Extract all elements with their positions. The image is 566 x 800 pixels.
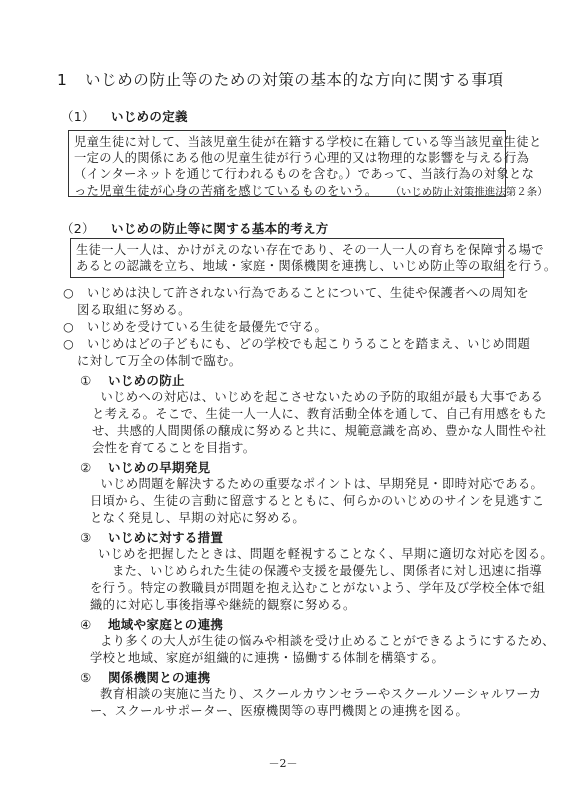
- section-heading: 1いじめの防止等のための対策の基本的な方向に関する事項: [57, 68, 504, 90]
- item-3-line: いじめを把握したときは、問題を軽視することなく、早期に適切な対応を図る。: [98, 546, 553, 562]
- subsection-2-heading: （2）いじめの防止等に関する基本的考え方: [61, 219, 329, 237]
- principle-line: 生徒一人一人は、かけがえのない存在であり、その一人一人の育ちを保障する場で: [76, 242, 498, 258]
- item-4-marker: ④: [80, 617, 108, 632]
- bullet-text: いじめは決して許されない行為であることについて、生徒や保護者への周知を: [87, 286, 529, 300]
- item-4-line: より多くの大人が生徒の悩みや相談を受け止めることができるようにするため、: [100, 633, 555, 649]
- subsection-2-number: （2）: [61, 219, 111, 237]
- item-2-title: いじめの早期発見: [108, 460, 210, 475]
- bullet-marker: ○: [63, 337, 74, 351]
- item-1-line: いじめへの対応は、いじめを起こさせないための予防的取組が最も大事である: [92, 389, 543, 405]
- item-3-line: を行う。特定の教職員が問題を抱え込むことがないよう、学年及び学校全体で組: [90, 580, 545, 596]
- principle-line: あるとの認識を立ち、地域・家庭・関係機関を連携し、いじめ防止等の取組を行う。: [76, 258, 498, 274]
- item-5-line: 教育相談の実施に当たり、スクールカウンセラーやスクールソーシャルワーカ: [100, 686, 541, 702]
- item-5-heading: ⑤関係機関との連携: [80, 668, 210, 686]
- subsection-1-number: （1）: [61, 107, 111, 125]
- bullet-text: いじめはどの子どもにも、どの学校でも起こりうることを踏まえ、いじめ問題: [87, 337, 530, 351]
- item-2-line: 日頃から、生徒の言動に留意するとともに、何らかのいじめのサインを見逃すこ: [90, 493, 544, 509]
- item-1-line: と考える。そこで、生徒一人一人に、教育活動全体を通して、自己有用感をもた: [92, 406, 547, 422]
- item-1-line: せ、共感的人間関係の醸成に努めると共に、規範意識を高め、豊かな人間性や社: [92, 423, 546, 439]
- item-3-heading: ③いじめに対する措置: [80, 528, 223, 546]
- legal-citation: （いじめ防止対策推進法第２条）: [390, 186, 548, 198]
- section-title: いじめの防止等のための対策の基本的な方向に関する事項: [85, 71, 504, 89]
- item-3-line: また、いじめられた生徒の保護や支援を最優先し、関係者に対し迅速に指導: [112, 563, 542, 579]
- bullet-text: いじめを受けている生徒を最優先で守る。: [87, 320, 327, 334]
- item-1-title: いじめの防止: [108, 373, 185, 388]
- item-5-marker: ⑤: [80, 670, 108, 685]
- definition-line: った児童生徒が心身の苦痛を感じているものをいう。 （いじめ防止対策推進法第２条）: [74, 183, 500, 200]
- item-1-text: いじめへの対応は、いじめを起こさせないための予防的取組が最も大事である: [101, 390, 544, 404]
- bullet-continuation: 図る取組に努める。: [77, 302, 191, 318]
- section-number: 1: [57, 71, 85, 89]
- item-2-line: いじめ問題を解決するための重要なポイントは、早期発見・即時対応である。: [92, 476, 543, 492]
- item-2-line: となく発見し、早期の対応に努める。: [90, 510, 305, 526]
- bullet-item: ○ いじめを受けている生徒を最優先で守る。: [63, 319, 327, 335]
- bullet-continuation: に対して万全の体制で臨む。: [77, 353, 241, 369]
- item-4-title: 地域や家庭との連携: [108, 617, 223, 632]
- item-3-title: いじめに対する措置: [108, 530, 223, 545]
- item-1-heading: ①いじめの防止: [80, 371, 185, 389]
- item-3-line: 織的に対応し事後指導や継続的観察に努める。: [90, 597, 356, 613]
- definition-line-text: った児童生徒が心身の苦痛を感じているものをいう。: [74, 184, 378, 198]
- item-3-marker: ③: [80, 530, 108, 545]
- item-1-line: 会性を育てることを目指す。: [92, 440, 255, 456]
- bullet-item: ○ いじめは決して許されない行為であることについて、生徒や保護者への周知を: [63, 285, 529, 301]
- subsection-2-title: いじめの防止等に関する基本的考え方: [111, 221, 329, 236]
- subsection-1-title: いじめの定義: [111, 109, 188, 124]
- item-5-title: 関係機関との連携: [108, 670, 210, 685]
- item-2-text: いじめ問題を解決するための重要なポイントは、早期発見・即時対応である。: [101, 477, 544, 491]
- item-5-line: ー、スクールサポーター、医療機関等の専門機関との連携を図る。: [90, 703, 468, 719]
- item-4-line: 学校と地域、家庭が組織的に連携・協働する体制を構築する。: [90, 650, 444, 666]
- definition-line: （インターネットを通じて行われるものを含む。）であって、当該行為の対象とな: [74, 166, 500, 182]
- definition-box: 児童生徒に対して、当該児童生徒が在籍する学校に在籍している等当該児童生徒と 一定…: [68, 130, 506, 197]
- bullet-marker: ○: [63, 286, 74, 300]
- page-number: －2－: [0, 755, 566, 771]
- item-4-heading: ④地域や家庭との連携: [80, 615, 223, 633]
- item-2-marker: ②: [80, 460, 108, 475]
- definition-line: 児童生徒に対して、当該児童生徒が在籍する学校に在籍している等当該児童生徒と: [74, 134, 500, 150]
- item-2-heading: ②いじめの早期発見: [80, 458, 210, 476]
- subsection-1-heading: （1）いじめの定義: [61, 107, 188, 125]
- bullet-marker: ○: [63, 320, 74, 334]
- principle-box: 生徒一人一人は、かけがえのない存在であり、その一人一人の育ちを保障する場で ある…: [70, 238, 504, 278]
- definition-line: 一定の人的関係にある他の児童生徒が行う心理的又は物理的な影響を与える行為: [74, 150, 500, 166]
- bullet-item: ○ いじめはどの子どもにも、どの学校でも起こりうることを踏まえ、いじめ問題: [63, 336, 530, 352]
- item-1-marker: ①: [80, 373, 108, 388]
